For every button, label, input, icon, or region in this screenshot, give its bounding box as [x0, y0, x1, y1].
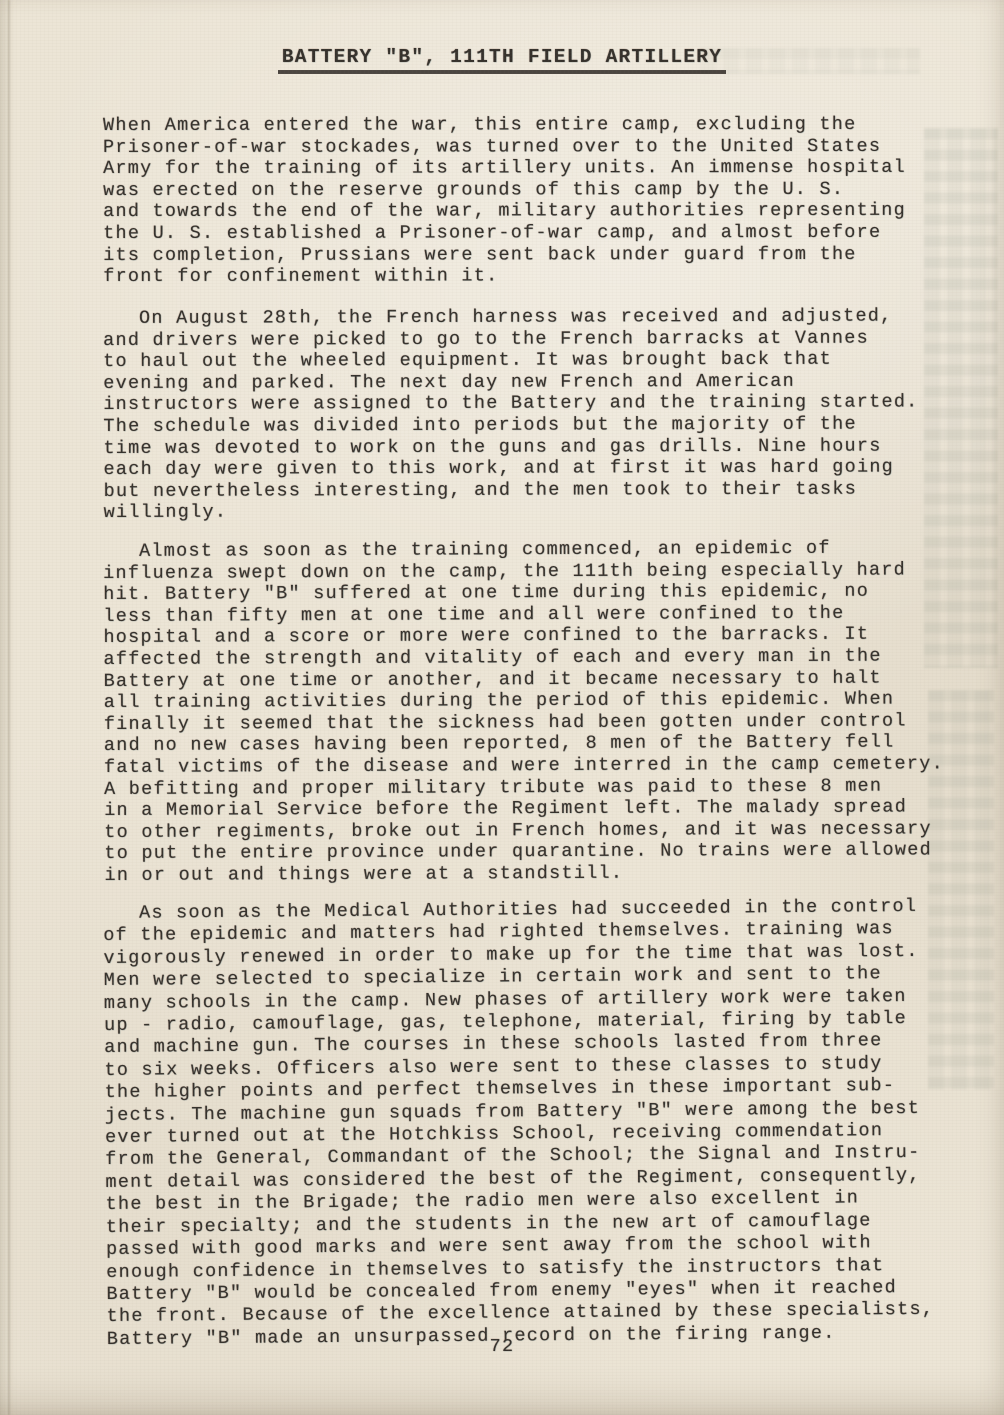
text-line: willingly. [104, 500, 966, 524]
paragraph: When America entered the war, this entir… [103, 114, 965, 288]
text-line: the U. S. established a Prisoner-of-war … [103, 222, 965, 245]
text-line: time was devoted to work on the guns and… [103, 435, 965, 459]
text-line: its completion, Prussians were sent back… [103, 243, 965, 266]
text-line: front for confinement within it. [103, 265, 965, 288]
text-line: and towards the end of the war, military… [103, 200, 965, 223]
text-line: but nevertheless interesting, and the me… [104, 478, 966, 502]
text-line: Prisoner-of-war stockades, was turned ov… [103, 135, 965, 158]
text-line: in or out and things were at a standstil… [104, 861, 966, 886]
page-number: 72 [0, 1336, 1004, 1357]
text-line: On August 28th, the French harness was r… [103, 305, 965, 329]
text-line: When America entered the war, this entir… [103, 114, 965, 137]
paragraph: On August 28th, the French harness was r… [103, 305, 966, 524]
text-line: and drivers were picked to go to the Fre… [103, 327, 965, 351]
text-line: Army for the training of its artillery u… [103, 157, 965, 180]
paper-edge-crease [8, 0, 11, 1415]
text-line: evening and parked. The next day new Fre… [103, 370, 965, 394]
page-title: BATTERY "B", 111TH FIELD ARTILLERY [0, 46, 1004, 74]
text-line: to put the entire province under quarant… [104, 840, 966, 865]
text-line: instructors were assigned to the Battery… [103, 392, 965, 416]
text-line: affected the strength and vitality of ea… [103, 645, 965, 670]
page-title-text: BATTERY "B", 111TH FIELD ARTILLERY [278, 46, 726, 74]
paragraph: Almost as soon as the training commenced… [103, 537, 966, 886]
text-line: The schedule was divided into periods bu… [103, 413, 965, 437]
text-line: fatal victims of the disease and were in… [104, 753, 966, 778]
paragraph: As soon as the Medical Authorities had s… [103, 895, 969, 1351]
scanned-page: BATTERY "B", 111TH FIELD ARTILLERY When … [0, 0, 1004, 1415]
text-line: was erected on the reserve grounds of th… [103, 179, 965, 202]
text-line: to haul out the wheeled equipment. It wa… [103, 348, 965, 372]
text-line: each day were given to this work, and at… [103, 456, 965, 480]
